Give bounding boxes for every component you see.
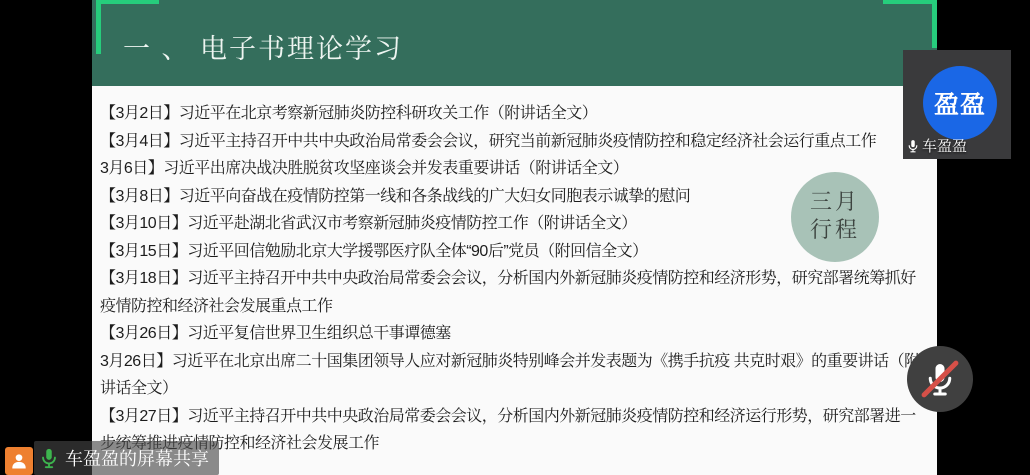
slide-title: 一 、 电子书理论学习 [123, 27, 403, 66]
microphone-active-icon [38, 447, 60, 469]
slide-text-line: 疫情防控和经济社会发展重点工作 [100, 293, 937, 321]
slide-text-line: 3月26日】习近平在北京出席二十国集团领导人应对新冠肺炎特别峰会并发表题为《携手… [100, 348, 937, 376]
slide-text-line: 步统筹推进疫情防控和经济社会发展工作 [100, 430, 937, 458]
corner-accent-top-left [96, 0, 101, 54]
avatar: 盈盈 [923, 66, 997, 140]
slide-text-line: 【3月4日】习近平主持召开中共中央政治局常委会会议，研究当前新冠肺炎疫情防控和稳… [100, 128, 937, 156]
participant-name-row: 车盈盈 [906, 135, 967, 156]
participant-video-tile[interactable]: 盈盈 车盈盈 [903, 50, 1011, 159]
screen-share-banner: 车盈盈的屏幕共享 [34, 441, 219, 475]
slide-text-line: 【3月27日】习近平主持召开中共中央政治局常委会会议，分析国内外新冠肺炎疫情防控… [100, 403, 937, 431]
slide-text-line: 【3月26日】习近平复信世界卫生组织总干事谭德塞 [100, 320, 937, 348]
corner-accent-top-right [932, 0, 937, 48]
members-button[interactable] [5, 447, 33, 475]
slide-text-line: 讲话全文） [100, 375, 937, 403]
slide-text-line: 【3月2日】习近平在北京考察新冠肺炎防控科研攻关工作（附讲话全文） [100, 100, 937, 128]
slide-header: 一 、 电子书理论学习 [92, 0, 937, 86]
person-icon [9, 451, 29, 471]
microphone-icon [906, 139, 920, 153]
march-itinerary-badge: 三月 行程 [791, 172, 879, 262]
avatar-text: 盈盈 [934, 85, 986, 121]
badge-line: 行程 [810, 217, 860, 245]
participant-name: 车盈盈 [922, 135, 967, 156]
corner-accent-top-left [96, 0, 159, 4]
microphone-mute-button[interactable] [907, 346, 973, 412]
badge-line: 三月 [810, 189, 860, 217]
corner-accent-top-right [883, 0, 937, 4]
slide-text-line: 【3月18日】习近平主持召开中共中央政治局常委会会议，分析国内外新冠肺炎疫情防控… [100, 265, 937, 293]
slide-body: 【3月2日】习近平在北京考察新冠肺炎防控科研攻关工作（附讲话全文） 【3月4日】… [100, 86, 937, 475]
screen-share-text: 车盈盈的屏幕共享 [65, 445, 209, 471]
meeting-screen: 一 、 电子书理论学习 【3月2日】习近平在北京考察新冠肺炎防控科研攻关工作（附… [0, 0, 1030, 475]
